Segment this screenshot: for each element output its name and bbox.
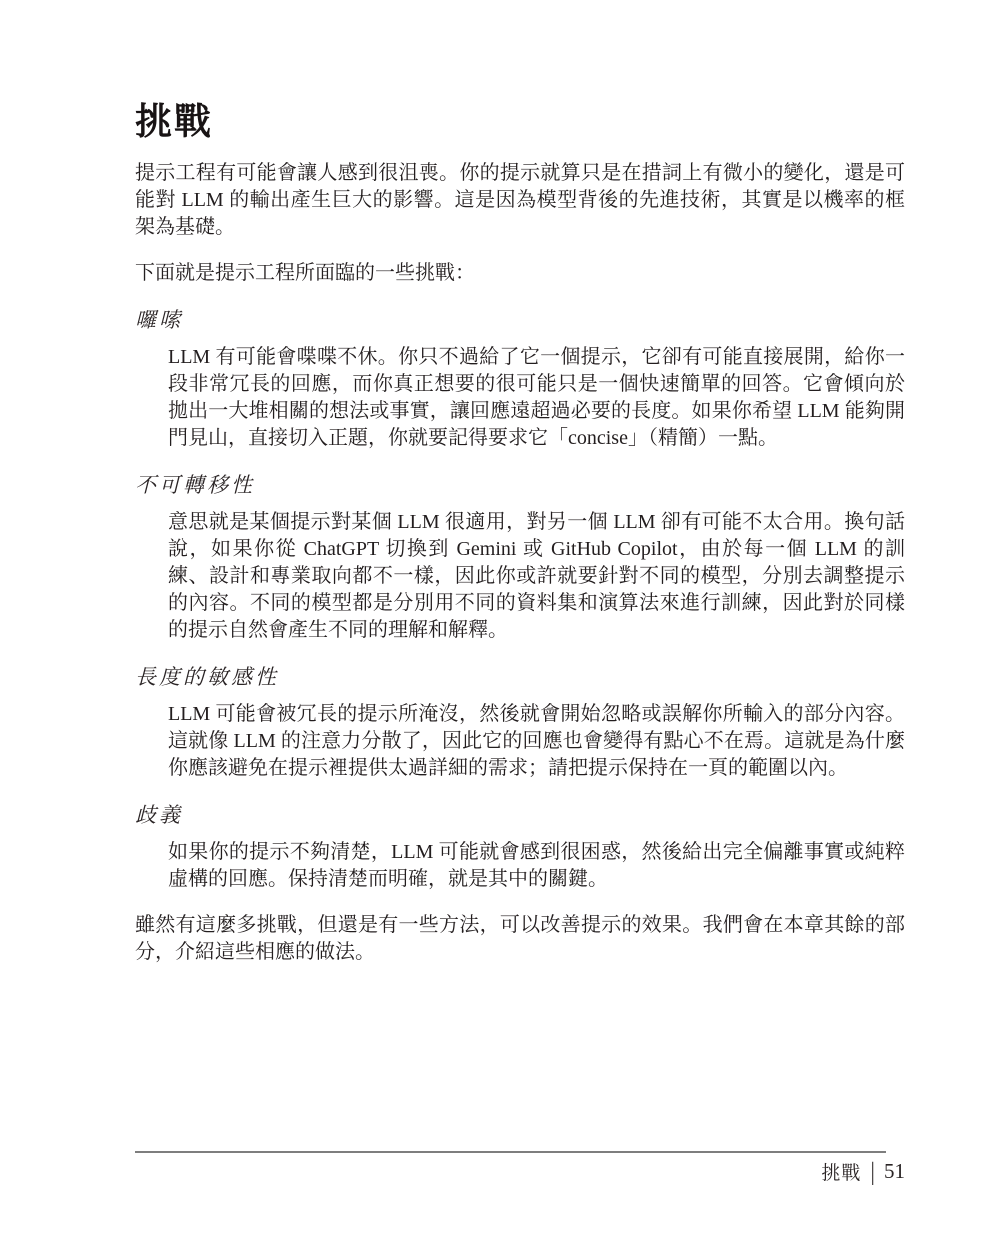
section-heading-length-sensitivity: 長度的敏感性 <box>135 663 905 691</box>
section-heading-ambiguity: 歧義 <box>135 801 905 829</box>
book-page: 挑戰 提示工程有可能會讓人感到很沮喪。你的提示就算只是在措詞上有微小的變化，還是… <box>0 0 1000 1243</box>
section-body-nontransferability: 意思就是某個提示對某個 LLM 很適用，對另一個 LLM 卻有可能不太合用。換句… <box>135 509 905 644</box>
section-heading-verbosity: 囉嗦 <box>135 306 905 334</box>
section-body-verbosity: LLM 有可能會喋喋不休。你只不過給了它一個提示，它卻有可能直接展開，給你一段非… <box>135 344 905 452</box>
page-content: 挑戰 提示工程有可能會讓人感到很沮喪。你的提示就算只是在措詞上有微小的變化，還是… <box>135 0 905 966</box>
section-heading-nontransferability: 不可轉移性 <box>135 471 905 499</box>
closing-paragraph: 雖然有這麼多挑戰，但還是有一些方法，可以改善提示的效果。我們會在本章其餘的部分，… <box>135 912 905 966</box>
page-title: 挑戰 <box>135 102 905 142</box>
footer-separator: | <box>870 1157 875 1186</box>
page-footer: 挑戰 | 51 <box>821 1158 905 1185</box>
section-body-ambiguity: 如果你的提示不夠清楚，LLM 可能就會感到很困惑，然後給出完全偏離事實或純粹虛構… <box>135 839 905 893</box>
footer-page-number: 51 <box>884 1159 905 1184</box>
footer-divider <box>135 1151 886 1153</box>
footer-section-label: 挑戰 <box>821 1158 861 1185</box>
intro-paragraph: 提示工程有可能會讓人感到很沮喪。你的提示就算只是在措詞上有微小的變化，還是可能對… <box>135 160 905 241</box>
lead-in-paragraph: 下面就是提示工程所面臨的一些挑戰： <box>135 260 905 287</box>
section-body-length-sensitivity: LLM 可能會被冗長的提示所淹沒，然後就會開始忽略或誤解你所輸入的部分內容。這就… <box>135 701 905 782</box>
